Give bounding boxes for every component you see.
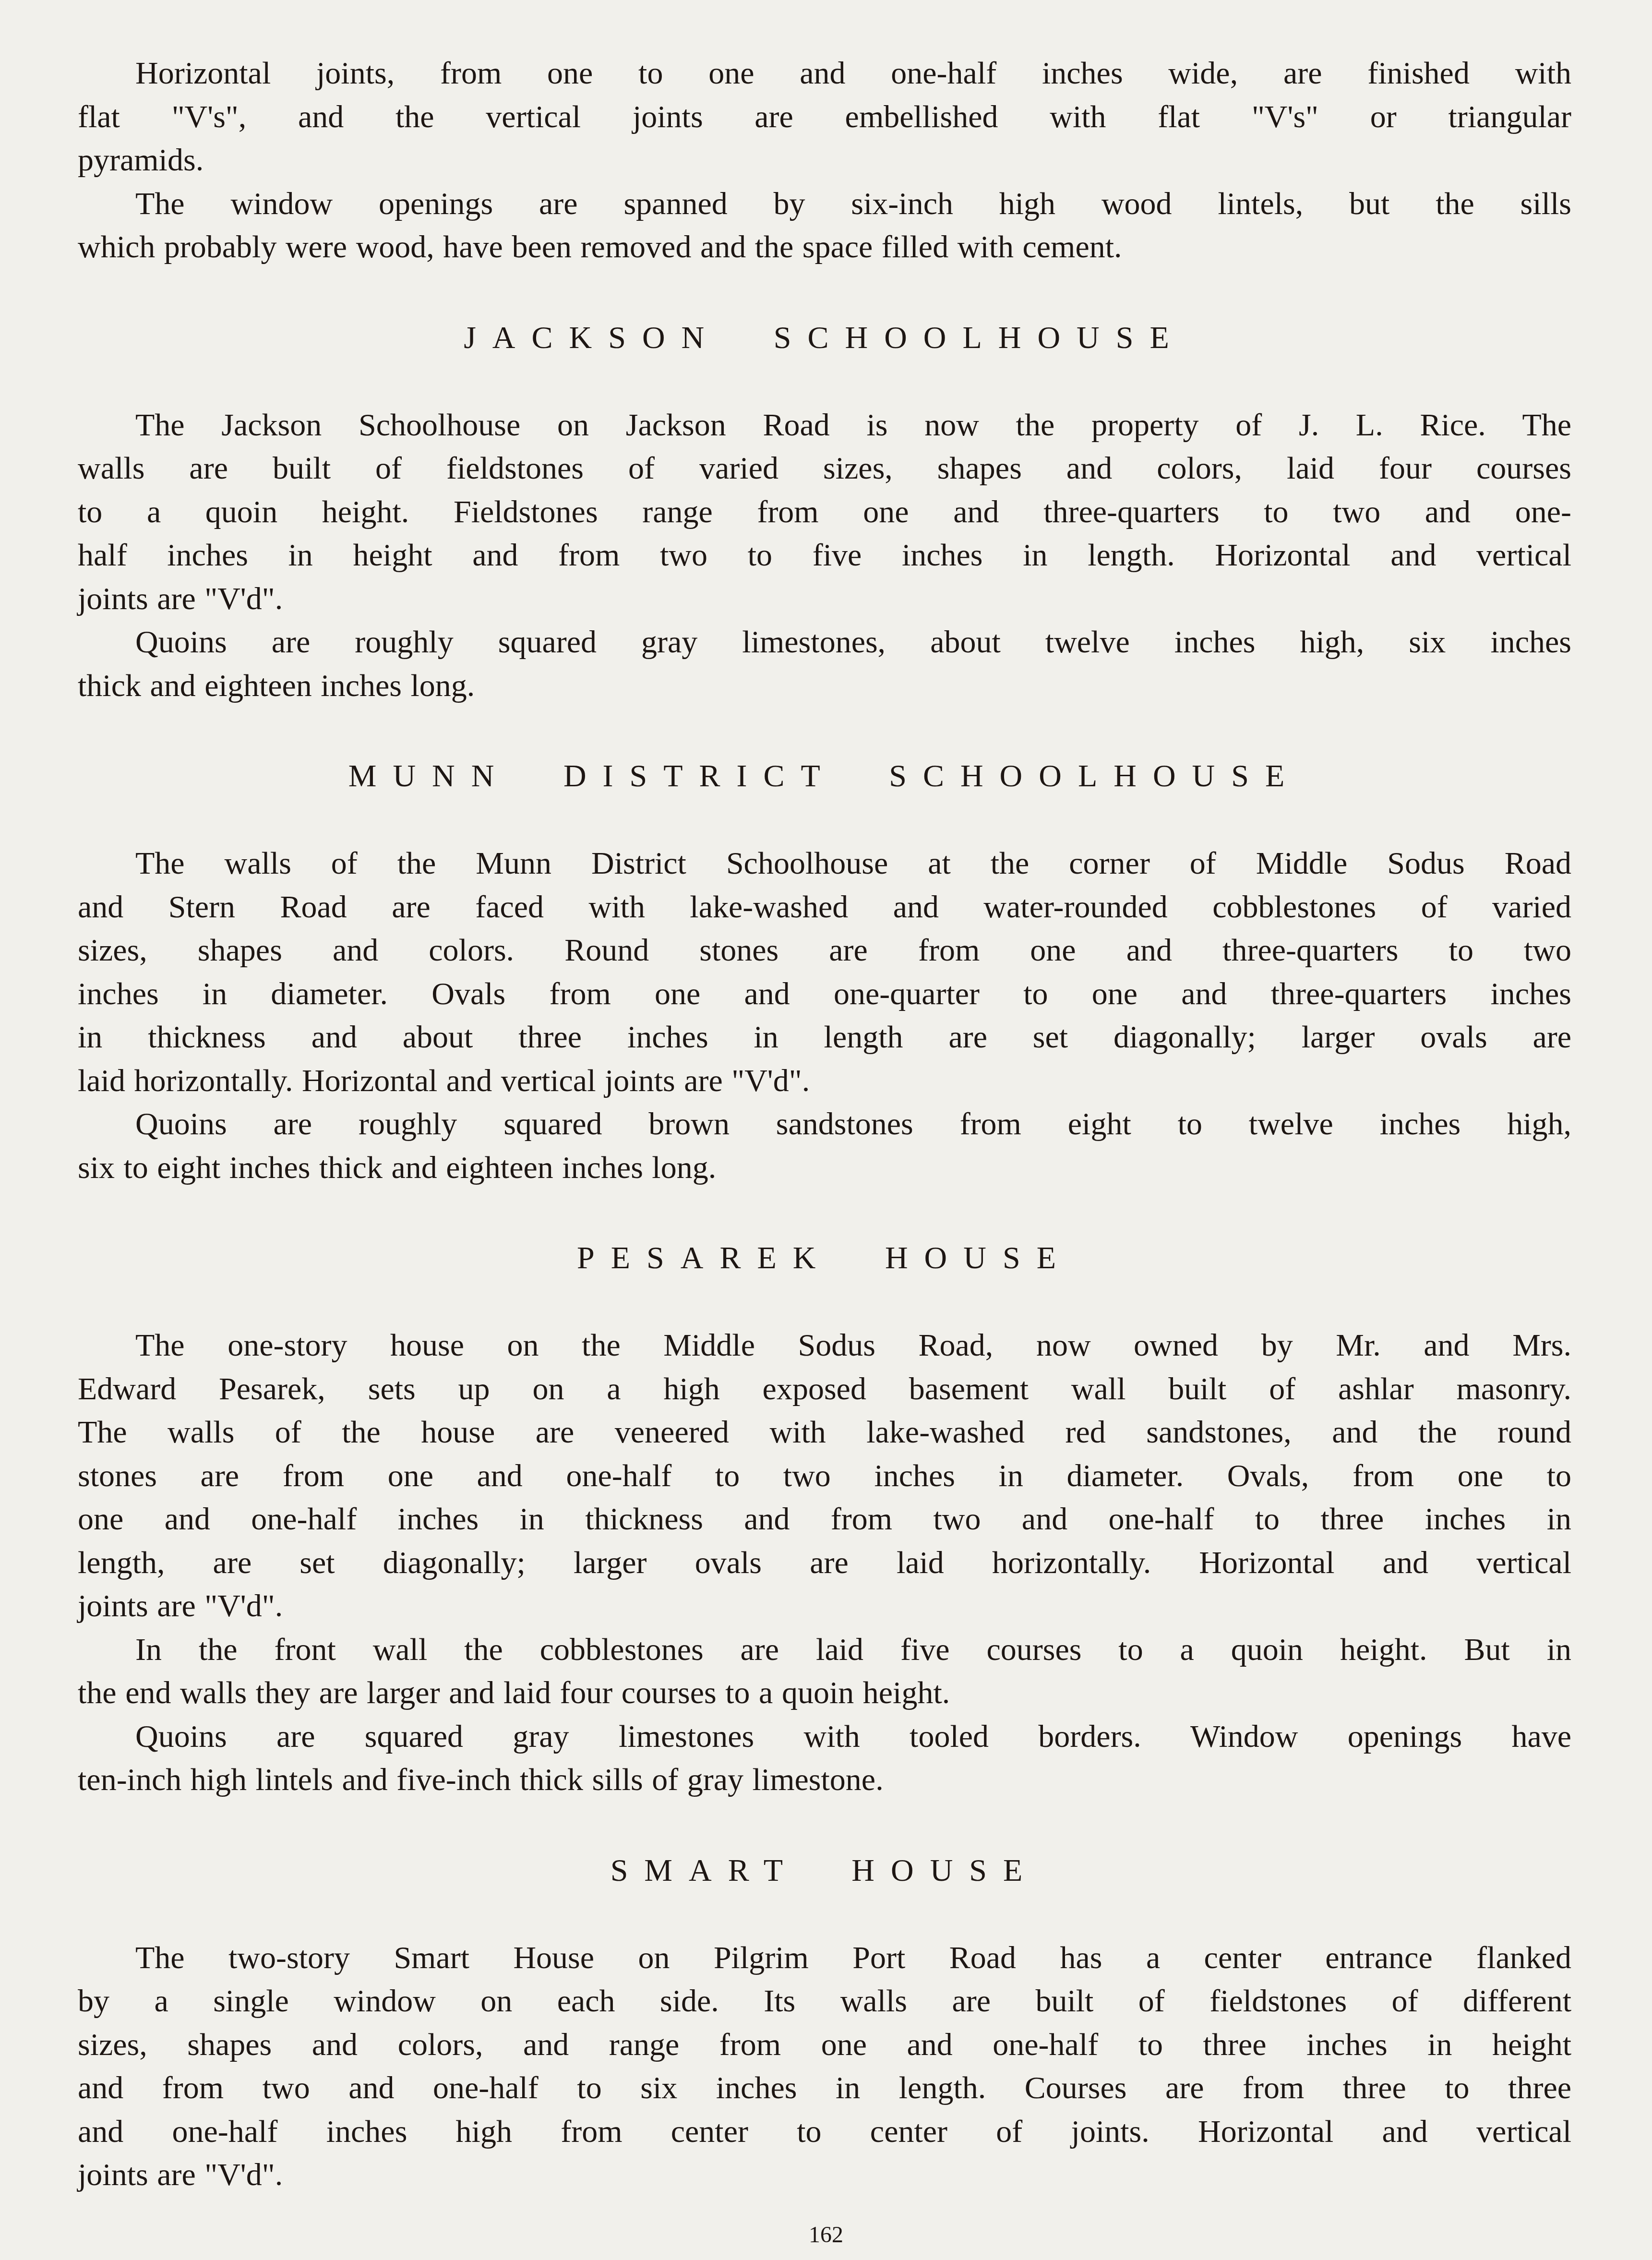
text-line: In the front wall the cobblestones are l… — [78, 1628, 1571, 1672]
section: JACKSON SCHOOLHOUSEThe Jackson Schoolhou… — [78, 269, 1571, 708]
text-line: The Jackson Schoolhouse on Jackson Road … — [78, 404, 1571, 447]
text-line: laid horizontally. Horizontal and vertic… — [78, 1059, 1571, 1103]
section-heading: SMART HOUSE — [78, 1849, 1571, 1892]
text-line: stones are from one and one-half to two … — [78, 1455, 1571, 1498]
text-line: walls are built of fieldstones of varied… — [78, 447, 1571, 491]
text-line: length, are set diagonally; larger ovals… — [78, 1541, 1571, 1585]
text-line: by a single window on each side. Its wal… — [78, 1980, 1571, 2023]
spacer — [78, 269, 1571, 316]
document-page: Horizontal joints, from one to one and o… — [78, 52, 1571, 2197]
text-line: to a quoin height. Fieldstones range fro… — [78, 491, 1571, 534]
paragraph: The Jackson Schoolhouse on Jackson Road … — [78, 404, 1571, 621]
paragraph: Quoins are roughly squared brown sandsto… — [78, 1103, 1571, 1190]
section-heading: JACKSON SCHOOLHOUSE — [78, 316, 1571, 360]
text-line: The walls of the Munn District Schoolhou… — [78, 842, 1571, 886]
text-line: Quoins are squared gray limestones with … — [78, 1715, 1571, 1759]
text-line: joints are "V'd". — [78, 2153, 1571, 2197]
text-line: one and one-half inches in thickness and… — [78, 1498, 1571, 1541]
text-line: The window openings are spanned by six-i… — [78, 182, 1571, 226]
text-line: six to eight inches thick and eighteen i… — [78, 1146, 1571, 1190]
paragraph: The two-story Smart House on Pilgrim Por… — [78, 1936, 1571, 2197]
spacer — [78, 360, 1571, 404]
paragraph: The one-story house on the Middle Sodus … — [78, 1324, 1571, 1628]
text-line: sizes, shapes and colors. Round stones a… — [78, 929, 1571, 973]
text-line: The two-story Smart House on Pilgrim Por… — [78, 1936, 1571, 1980]
paragraph: In the front wall the cobblestones are l… — [78, 1628, 1571, 1715]
section: PESAREK HOUSEThe one-story house on the … — [78, 1190, 1571, 1802]
section: SMART HOUSEThe two-story Smart House on … — [78, 1802, 1571, 2197]
text-line: ten-inch high lintels and five-inch thic… — [78, 1758, 1571, 1802]
section-heading: MUNN DISTRICT SCHOOLHOUSE — [78, 755, 1571, 798]
section-heading: PESAREK HOUSE — [78, 1237, 1571, 1280]
text-line: Edward Pesarek, sets up on a high expose… — [78, 1368, 1571, 1411]
text-line: and from two and one-half to six inches … — [78, 2067, 1571, 2110]
spacer — [78, 1280, 1571, 1324]
spacer — [78, 1892, 1571, 1936]
paragraph: Quoins are roughly squared gray limeston… — [78, 621, 1571, 708]
text-line: Quoins are roughly squared brown sandsto… — [78, 1103, 1571, 1146]
section: Horizontal joints, from one to one and o… — [78, 52, 1571, 269]
paragraph: Horizontal joints, from one to one and o… — [78, 52, 1571, 182]
text-line: and one-half inches high from center to … — [78, 2110, 1571, 2154]
text-line: half inches in height and from two to fi… — [78, 534, 1571, 577]
text-line: the end walls they are larger and laid f… — [78, 1671, 1571, 1715]
spacer — [78, 708, 1571, 755]
spacer — [78, 1802, 1571, 1849]
text-line: joints are "V'd". — [78, 577, 1571, 621]
text-line: thick and eighteen inches long. — [78, 664, 1571, 708]
text-line: and Stern Road are faced with lake-washe… — [78, 886, 1571, 929]
text-line: sizes, shapes and colors, and range from… — [78, 2023, 1571, 2067]
paragraph: The walls of the Munn District Schoolhou… — [78, 842, 1571, 1103]
text-line: joints are "V'd". — [78, 1585, 1571, 1628]
section: MUNN DISTRICT SCHOOLHOUSEThe walls of th… — [78, 708, 1571, 1190]
text-line: The walls of the house are veneered with… — [78, 1411, 1571, 1455]
spacer — [78, 798, 1571, 842]
paragraph: The window openings are spanned by six-i… — [78, 182, 1571, 269]
spacer — [78, 1190, 1571, 1237]
text-line: inches in diameter. Ovals from one and o… — [78, 973, 1571, 1016]
text-line: pyramids. — [78, 139, 1571, 182]
text-line: which probably were wood, have been remo… — [78, 226, 1571, 269]
page-number: 162 — [0, 2221, 1652, 2249]
text-line: flat "V's", and the vertical joints are … — [78, 96, 1571, 139]
text-line: Quoins are roughly squared gray limeston… — [78, 621, 1571, 664]
text-line: Horizontal joints, from one to one and o… — [78, 52, 1571, 96]
text-line: The one-story house on the Middle Sodus … — [78, 1324, 1571, 1368]
paragraph: Quoins are squared gray limestones with … — [78, 1715, 1571, 1802]
text-line: in thickness and about three inches in l… — [78, 1016, 1571, 1059]
